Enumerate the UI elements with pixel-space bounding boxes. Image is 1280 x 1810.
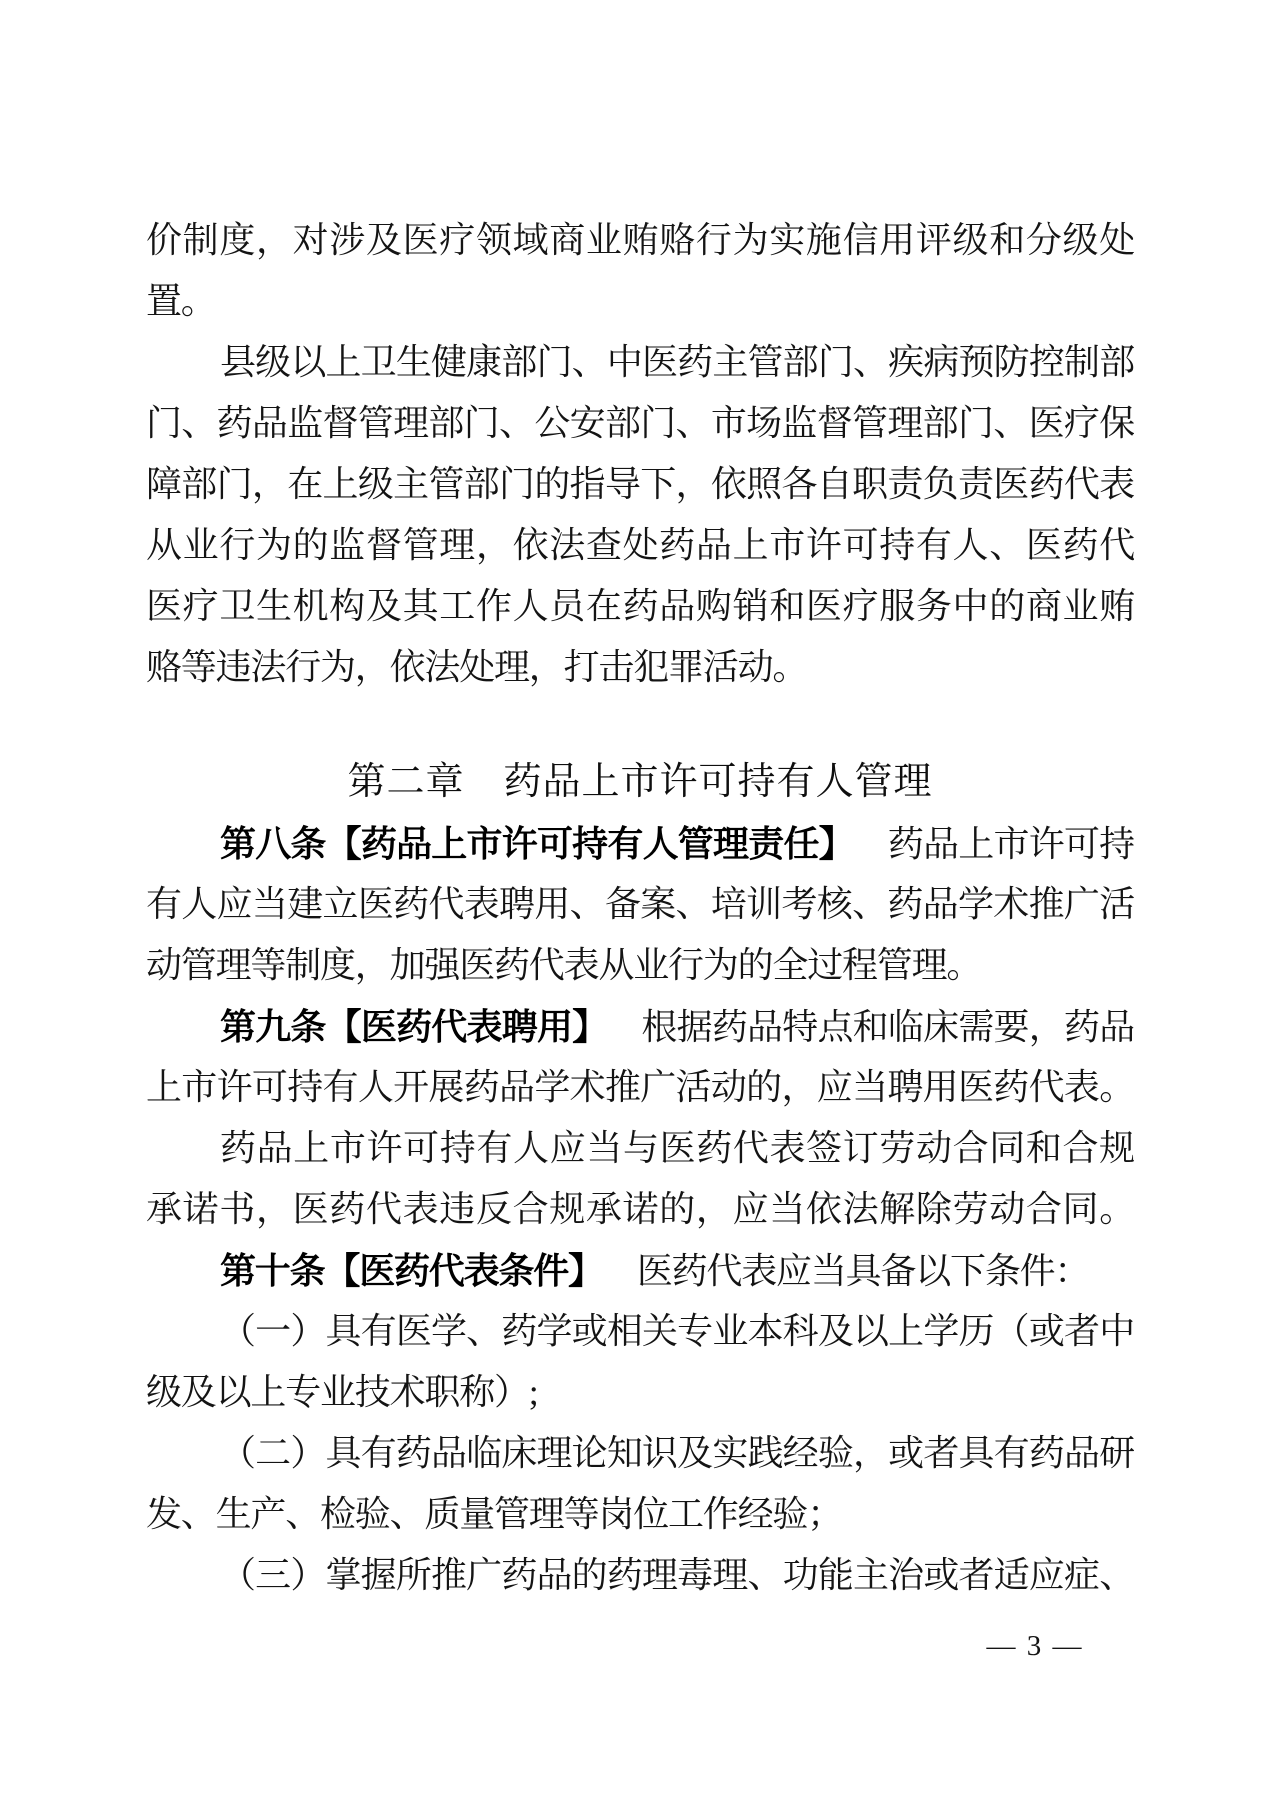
article-line: 第十条【医药代表条件】医药代表应当具备以下条件：: [146, 1240, 1134, 1301]
text-line: 价制度，对涉及医疗领域商业贿赂行为实施信用评级和分级处: [146, 210, 1134, 271]
text-line: 级及以上专业技术职称）;: [146, 1362, 1134, 1423]
text-line: 从业行为的监督管理，依法查处药品上市许可持有人、医药代表、: [146, 515, 1134, 576]
article-title-bold: 第十条【医药代表条件】: [220, 1250, 603, 1291]
text-line: 县级以上卫生健康部门、中医药主管部门、疾病预防控制部: [146, 332, 1134, 393]
text-line: 动管理等制度，加强医药代表从业行为的全过程管理。: [146, 935, 1134, 996]
line-segment: 药品上市许可持: [888, 824, 1134, 864]
text-line: 有人应当建立医药代表聘用、备案、培训考核、药品学术推广活: [146, 874, 1134, 935]
text-line: 赂等违法行为，依法处理，打击犯罪活动。: [146, 637, 1134, 698]
text-line: 上市许可持有人开展药品学术推广活动的，应当聘用医药代表。: [146, 1057, 1134, 1118]
text-line: 药品上市许可持有人应当与医药代表签订劳动合同和合规: [146, 1118, 1134, 1179]
text-line: 医疗卫生机构及其工作人员在药品购销和医疗服务中的商业贿: [146, 576, 1134, 637]
article-line: 第八条【药品上市许可持有人管理责任】药品上市许可持: [146, 813, 1134, 874]
article-line: 第九条【医药代表聘用】根据药品特点和临床需要，药品: [146, 996, 1134, 1057]
document-body: 价制度，对涉及医疗领域商业贿赂行为实施信用评级和分级处 置。 县级以上卫生健康部…: [146, 210, 1134, 1606]
text-line: 障部门，在上级主管部门的指导下，依照各自职责负责医药代表: [146, 454, 1134, 515]
text-line: 门、药品监督管理部门、公安部门、市场监督管理部门、医疗保: [146, 393, 1134, 454]
article-title-bold: 第八条【药品上市许可持有人管理责任】: [220, 823, 854, 864]
text-line: 发、生产、检验、质量管理等岗位工作经验；: [146, 1484, 1134, 1545]
article-title-bold: 第九条【医药代表聘用】: [220, 1006, 607, 1047]
text-line: 置。: [146, 271, 1134, 332]
document-page: 价制度，对涉及医疗领域商业贿赂行为实施信用评级和分级处 置。 县级以上卫生健康部…: [0, 0, 1280, 1810]
text-line: （一）具有医学、药学或相关专业本科及以上学历（或者中: [146, 1301, 1134, 1362]
text-line: 承诺书，医药代表违反合规承诺的，应当依法解除劳动合同。: [146, 1179, 1134, 1240]
text-line: （三）掌握所推广药品的药理毒理、功能主治或者适应症、: [146, 1545, 1134, 1606]
line-segment: 医药代表应当具备以下条件：: [637, 1251, 1089, 1291]
page-number: — 3 —: [970, 1628, 1100, 1664]
text-line: （二）具有药品临床理论知识及实践经验，或者具有药品研: [146, 1423, 1134, 1484]
chapter-heading: 第二章 药品上市许可持有人管理: [146, 752, 1134, 813]
line-segment: 根据药品特点和临床需要，药品: [641, 1007, 1134, 1047]
